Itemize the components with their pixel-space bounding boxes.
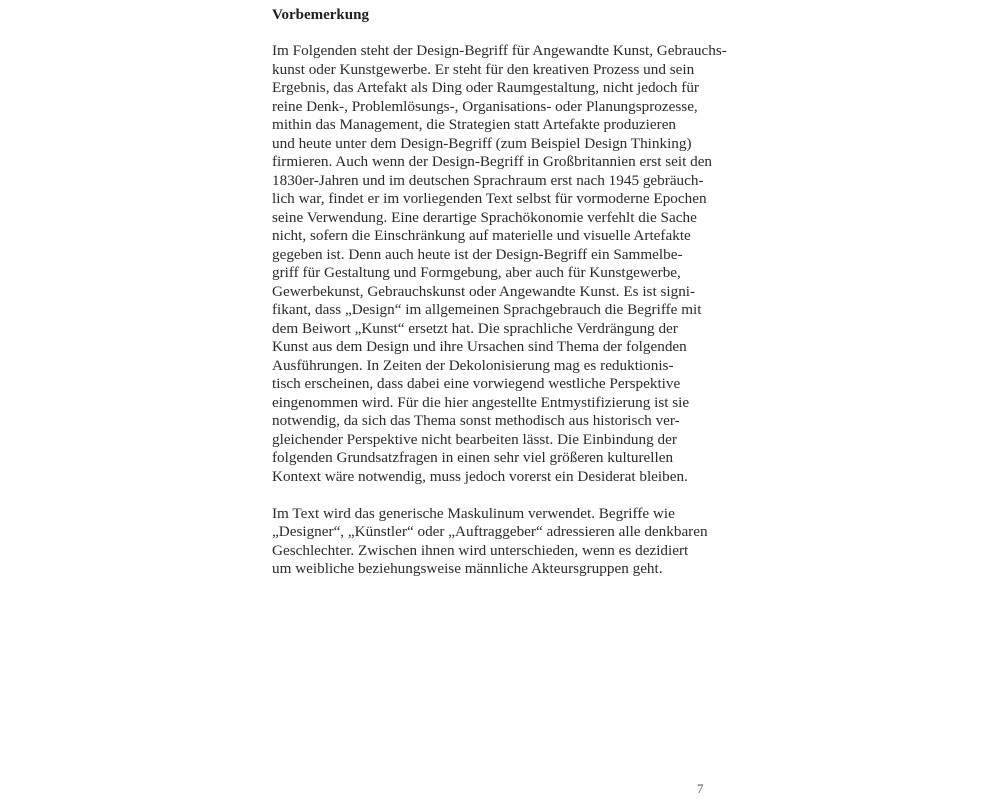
paragraph-gender-note: Im Text wird das generische Maskulinum v… [272,505,732,579]
text-line: Im Text wird das generische Maskulinum v… [272,505,732,524]
text-line: Ergebnis, das Artefakt als Ding oder Rau… [272,79,732,98]
text-line: gegeben ist. Denn auch heute ist der Des… [272,246,732,265]
text-line: dem Beiwort „Kunst“ ersetzt hat. Die spr… [272,320,732,339]
page-number: 7 [697,781,704,797]
text-line: notwendig, da sich das Thema sonst metho… [272,412,732,431]
text-line: kunst oder Kunstgewerbe. Er steht für de… [272,61,732,80]
text-line: Kunst aus dem Design und ihre Ursachen s… [272,338,732,357]
text-line: fikant, dass „Design“ im allgemeinen Spr… [272,301,732,320]
text-line: eingenommen wird. Für die hier angestell… [272,394,732,413]
text-line: „Designer“, „Künstler“ oder „Auftraggebe… [272,523,732,542]
text-line: gleichender Perspektive nicht bearbeiten… [272,431,732,450]
text-line: nicht, sofern die Einschränkung auf mate… [272,227,732,246]
text-line: Ausführungen. In Zeiten der Dekolonisier… [272,357,732,376]
text-line: seine Verwendung. Eine derartige Sprachö… [272,209,732,228]
text-line: 1830er-Jahren und im deutschen Sprachrau… [272,172,732,191]
text-line: und heute unter dem Design-Begriff (zum … [272,135,732,154]
text-line: Kontext wäre notwendig, muss jedoch vore… [272,468,732,487]
text-line: Geschlechter. Zwischen ihnen wird unters… [272,542,732,561]
text-line: um weibliche beziehungsweise männliche A… [272,560,732,579]
text-line: mithin das Management, die Strategien st… [272,116,732,135]
document-page: Vorbemerkung Im Folgenden steht der Desi… [272,6,732,597]
text-line: Gewerbekunst, Gebrauchskunst oder Angewa… [272,283,732,302]
text-line: firmieren. Auch wenn der Design-Begriff … [272,153,732,172]
text-line: lich war, findet er im vorliegenden Text… [272,190,732,209]
paragraph-design-term: Im Folgenden steht der Design-Begriff fü… [272,42,732,486]
text-line: griff für Gestaltung und Formgebung, abe… [272,264,732,283]
section-heading: Vorbemerkung [272,6,732,24]
text-line: tisch erscheinen, dass dabei eine vorwie… [272,375,732,394]
text-line: folgenden Grundsatzfragen in einen sehr … [272,449,732,468]
text-line: Im Folgenden steht der Design-Begriff fü… [272,42,732,61]
text-line: reine Denk-, Problemlösungs-, Organisati… [272,98,732,117]
